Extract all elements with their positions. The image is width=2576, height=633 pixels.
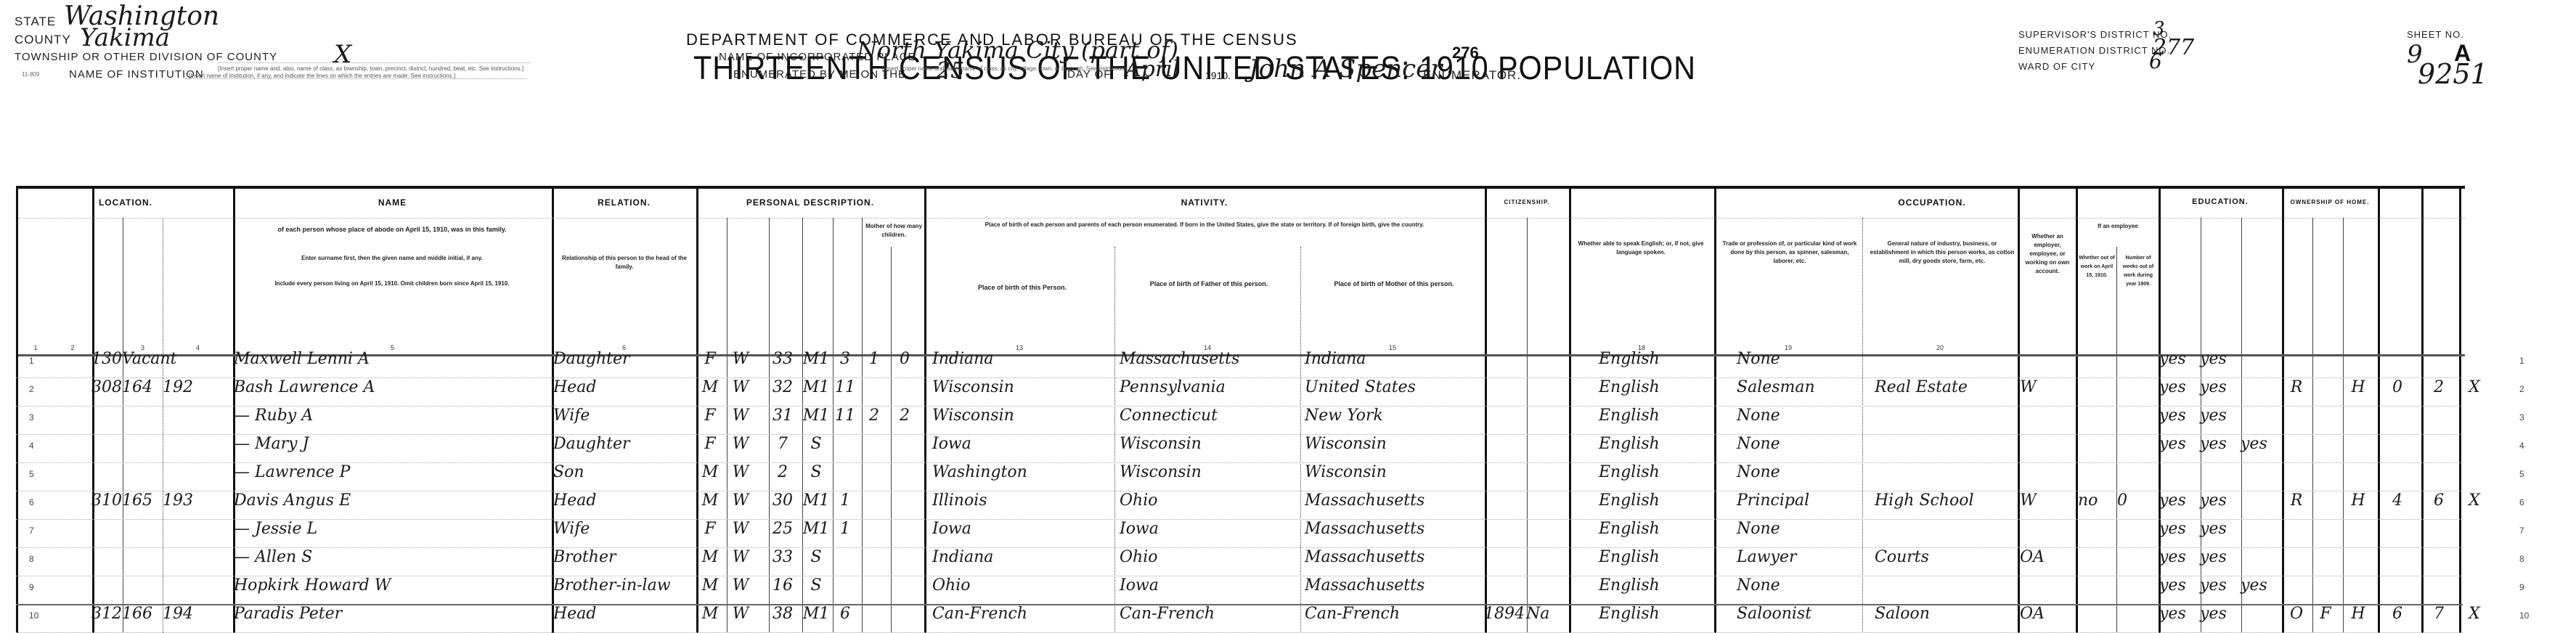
cell-trade: Salesman: [1737, 378, 1860, 396]
cell-sex: M: [697, 463, 723, 481]
cell-birth-mother: Can-French: [1305, 605, 1479, 623]
cell-write: yes: [2200, 407, 2236, 425]
cell-relation: Head: [553, 491, 691, 510]
nativity-instruction: Place of birth of each person and parent…: [932, 221, 1477, 229]
cell-age: 31: [768, 407, 797, 425]
cell-birth-mother: United States: [1305, 378, 1479, 396]
enumeration-district-label: Enumeration District No.: [2018, 45, 2170, 56]
cell-write: yes: [2200, 350, 2236, 368]
cell-years-married: 1: [832, 491, 858, 510]
cell-sex: M: [697, 378, 723, 396]
cell-farm: H: [2342, 491, 2374, 510]
cell-language: English: [1599, 605, 1708, 623]
institution-note: [Insert name of institution, if any, and…: [189, 73, 455, 79]
cell-race: W: [727, 435, 754, 453]
cell-children-living: 2: [890, 407, 919, 425]
out-of-work-label: Whether out of work on April 15, 1910.: [2077, 254, 2116, 280]
cell-owned: O: [2283, 605, 2310, 623]
cell-birth-mother: Massachusetts: [1305, 548, 1479, 566]
cell-read: yes: [2159, 548, 2196, 566]
cell-relation: Brother: [553, 548, 691, 566]
line-number: 8: [2519, 554, 2524, 564]
cell-dwelling: 164: [122, 378, 151, 396]
cell-trade: None: [1737, 350, 1860, 368]
cell-language: English: [1599, 463, 1708, 481]
cell-language: English: [1599, 520, 1708, 538]
cell-street: 312: [91, 605, 116, 623]
cell-birth-person: Indiana: [932, 350, 1106, 368]
cell-race: W: [727, 407, 754, 425]
cell-trade: Saloonist: [1737, 605, 1860, 623]
cell-age: 33: [768, 548, 797, 566]
section-personal-description: PERSONAL DESCRIPTION.: [696, 197, 924, 208]
supervisor-district-label: Supervisor's District No.: [2018, 29, 2172, 40]
cell-employer: OA: [2020, 605, 2071, 623]
cell-sex: F: [697, 435, 723, 453]
cell-name: Paradis Peter: [234, 605, 546, 623]
cell-birth-mother: Indiana: [1305, 350, 1479, 368]
cell-language: English: [1599, 435, 1708, 453]
cell-industry: Saloon: [1875, 605, 2013, 623]
cell-birth-person: Illinois: [932, 491, 1106, 510]
cell-race: W: [727, 576, 754, 595]
cell-years-married: 6: [832, 605, 858, 623]
cell-immigration: 1894: [1484, 605, 1525, 623]
cell-name: Hopkirk Howard W: [234, 576, 546, 595]
cell-write: yes: [2200, 576, 2236, 595]
cell-employer: W: [2020, 491, 2071, 510]
line-number: 7: [29, 526, 34, 536]
cell-birth-father: Can-French: [1120, 605, 1294, 623]
day-of-label: day of: [1067, 68, 1111, 81]
cell-dwelling: 166: [122, 605, 151, 623]
cell-read: yes: [2159, 407, 2196, 425]
cell-marital: M1: [802, 407, 831, 425]
cell-name: — Ruby A: [234, 407, 546, 425]
line-number: 10: [29, 610, 38, 621]
cell-sex: M: [697, 576, 723, 595]
cell-birth-father: Iowa: [1120, 520, 1294, 538]
name-instruction-3: Include every person living on April 15,…: [243, 279, 541, 288]
cell-race: W: [727, 605, 754, 623]
section-location: LOCATION.: [18, 197, 233, 208]
line-number: 1: [2519, 356, 2524, 366]
if-employee-label: If an employee: [2077, 222, 2159, 231]
cell-name: Maxwell Lenni A: [234, 350, 546, 368]
cell-years-married: 1: [832, 520, 858, 538]
cell-dwelling: 165: [122, 491, 151, 510]
cell-language: English: [1599, 491, 1708, 510]
cell-race: W: [727, 548, 754, 566]
cell-birth-mother: Massachusetts: [1305, 520, 1479, 538]
line-number: 4: [29, 441, 34, 451]
cell-birth-father: Pennsylvania: [1120, 378, 1294, 396]
cell-industry: Courts: [1875, 548, 2013, 566]
cell-blind: 2: [2422, 378, 2455, 396]
industry-label: General nature of industry, business, or…: [1870, 240, 2015, 266]
cell-birth-father: Wisconsin: [1120, 435, 1294, 453]
cell-language: English: [1599, 350, 1708, 368]
township-value: X: [334, 40, 351, 69]
state-label: State: [15, 15, 56, 29]
line-number: 2: [2519, 384, 2524, 394]
cell-age: 38: [768, 605, 797, 623]
cell-trade: None: [1737, 407, 1860, 425]
ward-value: 6: [2149, 49, 2162, 73]
cell-read: yes: [2159, 520, 2196, 538]
cell-birth-person: Iowa: [932, 520, 1106, 538]
cell-write: yes: [2200, 435, 2236, 453]
cell-race: W: [727, 463, 754, 481]
cell-read: yes: [2159, 576, 2196, 595]
cell-name: — Mary J: [234, 435, 546, 453]
sheet-label: Sheet No.: [2407, 29, 2464, 40]
cell-street: 308: [91, 378, 116, 396]
cell-children-born: 1: [861, 350, 887, 368]
township-note: [Insert proper name and, also, name of c…: [218, 65, 523, 72]
ward-label: Ward of city: [2018, 61, 2095, 72]
cell-family: 193: [163, 491, 192, 510]
cell-school: yes: [2241, 435, 2277, 453]
line-number: 2: [29, 384, 34, 394]
cell-relation: Head: [553, 605, 691, 623]
weeks-out-label: Number of weeks out of work during year …: [2118, 254, 2159, 289]
cell-write: yes: [2200, 520, 2236, 538]
cell-sex: F: [697, 520, 723, 538]
cell-marital: M1: [802, 378, 831, 396]
cell-sex: F: [697, 350, 723, 368]
cell-name: — Jessie L: [234, 520, 546, 538]
cell-industry: High School: [1875, 491, 2013, 510]
year: 1910.: [1205, 70, 1231, 81]
cell-relation: Daughter: [553, 435, 691, 453]
cell-trade: None: [1737, 435, 1860, 453]
cell-industry: Real Estate: [1875, 378, 2013, 396]
cell-children-born: 2: [861, 407, 887, 425]
line-number: 3: [2519, 412, 2524, 422]
section-relation: RELATION.: [552, 197, 696, 208]
cell-birth-mother: New York: [1305, 407, 1479, 425]
cell-trade: Lawyer: [1737, 548, 1860, 566]
cell-veteran: 0: [2379, 378, 2416, 396]
cell-birth-father: Wisconsin: [1120, 463, 1294, 481]
cell-free: F: [2312, 605, 2339, 623]
cell-owned: R: [2283, 378, 2310, 396]
cell-marital: M1: [802, 605, 831, 623]
section-ownership: OWNERSHIP OF HOME.: [2282, 199, 2378, 205]
line-number: 7: [2519, 526, 2524, 536]
cell-write: yes: [2200, 548, 2236, 566]
cell-write: yes: [2200, 491, 2236, 510]
section-occupation: OCCUPATION.: [1714, 197, 2150, 208]
cell-owned: R: [2283, 491, 2310, 510]
cell-birth-father: Massachusetts: [1120, 350, 1294, 368]
cell-language: English: [1599, 576, 1708, 595]
line-number: 5: [2519, 469, 2524, 479]
cell-age: 7: [768, 435, 797, 453]
birth-mother-label: Place of birth of Mother of this person.: [1303, 279, 1485, 288]
name-instruction-1: of each person whose place of abode on A…: [243, 225, 541, 234]
cell-trade: None: [1737, 463, 1860, 481]
cell-out-work: no: [2078, 491, 2114, 510]
county-label: County: [15, 33, 71, 47]
cell-age: 32: [768, 378, 797, 396]
cell-birth-mother: Wisconsin: [1305, 463, 1479, 481]
relation-instruction: Relationship of this person to the head …: [559, 254, 690, 271]
cell-birth-mother: Wisconsin: [1305, 435, 1479, 453]
cell-marital: M1: [802, 520, 831, 538]
cell-race: W: [727, 378, 754, 396]
cell-relation: Brother-in-law: [553, 576, 691, 595]
cell-trade: None: [1737, 520, 1860, 538]
cell-language: English: [1599, 378, 1708, 396]
cell-birth-father: Ohio: [1120, 491, 1294, 510]
cell-read: yes: [2159, 350, 2196, 368]
cell-years-married: 11: [832, 378, 858, 396]
cell-write: yes: [2200, 378, 2236, 396]
cell-race: W: [727, 520, 754, 538]
cell-birth-mother: Massachusetts: [1305, 576, 1479, 595]
cell-language: English: [1599, 548, 1708, 566]
cell-birth-mother: Massachusetts: [1305, 491, 1479, 510]
cell-read: yes: [2159, 491, 2196, 510]
page-stamp: 276: [1452, 44, 1479, 62]
line-number: 1: [29, 356, 34, 366]
cell-birth-father: Ohio: [1120, 548, 1294, 566]
cell-veteran: 6: [2379, 605, 2416, 623]
cell-relation: Son: [553, 463, 691, 481]
name-instruction-2: Enter surname first, then the given name…: [243, 254, 541, 263]
cell-years-married: 11: [832, 407, 858, 425]
birth-person-label: Place of birth of this Person.: [932, 283, 1113, 292]
line-number: 8: [29, 554, 34, 564]
cell-employer: W: [2020, 378, 2071, 396]
line-number: 9: [29, 582, 34, 592]
cell-deaf: X: [2460, 605, 2489, 623]
cell-sex: M: [697, 548, 723, 566]
cell-name: Bash Lawrence A: [234, 378, 546, 396]
cell-farm: H: [2342, 605, 2374, 623]
cell-weeks: 0: [2117, 491, 2153, 510]
cell-family: 192: [163, 378, 192, 396]
cell-birth-person: Wisconsin: [932, 407, 1106, 425]
line-number: 5: [29, 469, 34, 479]
cell-children-living: 0: [890, 350, 919, 368]
sheet-stamp: 9251: [2418, 58, 2488, 90]
line-number: 3: [29, 412, 34, 422]
cell-naturalized: Na: [1526, 605, 1567, 623]
section-education: EDUCATION.: [2159, 197, 2282, 206]
line-number: 10: [2519, 610, 2529, 621]
enumerated-day: 25: [937, 58, 964, 83]
enumerator-name: John A Spencer: [1249, 54, 1443, 83]
cell-deaf: X: [2460, 378, 2489, 396]
english-label: Whether able to speak English; or, if no…: [1572, 240, 1710, 257]
enumerated-label: Enumerated by me on the: [733, 68, 906, 81]
township-label: Township or other division of county: [15, 51, 277, 63]
cell-language: English: [1599, 407, 1708, 425]
cell-veteran: 4: [2379, 491, 2416, 510]
cell-school: yes: [2241, 576, 2277, 595]
mother-children-label: Mother of how many children.: [863, 222, 924, 240]
cell-age: 16: [768, 576, 797, 595]
cell-relation: Wife: [553, 407, 691, 425]
cell-deaf: X: [2460, 491, 2489, 510]
cell-age: 33: [768, 350, 797, 368]
cell-birth-person: Wisconsin: [932, 378, 1106, 396]
cell-name: — Lawrence P: [234, 463, 546, 481]
cell-family: 194: [163, 605, 192, 623]
enumerator-label: Enumerator.: [1423, 68, 1521, 83]
cell-read: yes: [2159, 378, 2196, 396]
cell-employer: OA: [2020, 548, 2071, 566]
form-code: 11-809: [22, 71, 39, 78]
cell-age: 25: [768, 520, 797, 538]
cell-name: Davis Angus E: [234, 491, 546, 510]
cell-blind: 6: [2422, 491, 2455, 510]
enumerated-month: April: [1125, 57, 1179, 82]
section-citizenship: CITIZENSHIP.: [1485, 199, 1569, 205]
line-number: 9: [2519, 582, 2524, 592]
cell-write: yes: [2200, 605, 2236, 623]
cell-name: — Allen S: [234, 548, 546, 566]
cell-race: W: [727, 491, 754, 510]
section-name: NAME: [233, 197, 552, 208]
cell-sex: F: [697, 407, 723, 425]
cell-age: 2: [768, 463, 797, 481]
cell-birth-person: Indiana: [932, 548, 1106, 566]
cell-marital: M1: [802, 350, 831, 368]
line-number: 4: [2519, 441, 2524, 451]
section-nativity: NATIVITY.: [924, 197, 1485, 208]
cell-relation: Head: [553, 378, 691, 396]
employer-label: Whether an employer, employee, or workin…: [2019, 232, 2076, 276]
cell-marital: S: [802, 576, 831, 595]
cell-marital: S: [802, 548, 831, 566]
line-number: 6: [2519, 497, 2524, 507]
line-number: 6: [29, 497, 34, 507]
birth-father-label: Place of birth of Father of this person.: [1118, 279, 1300, 288]
cell-marital: S: [802, 463, 831, 481]
cell-marital: M1: [802, 491, 831, 510]
cell-street: 310: [91, 491, 116, 510]
cell-read: yes: [2159, 605, 2196, 623]
cell-birth-father: Iowa: [1120, 576, 1294, 595]
trade-label: Trade or profession of, or particular ki…: [1721, 240, 1859, 266]
cell-birth-person: Can-French: [932, 605, 1106, 623]
cell-birth-person: Washington: [932, 463, 1106, 481]
institution-label: Name of institution: [69, 68, 204, 81]
cell-blind: 7: [2422, 605, 2455, 623]
cell-trade: Principal: [1737, 491, 1860, 510]
cell-age: 30: [768, 491, 797, 510]
cell-birth-father: Connecticut: [1120, 407, 1294, 425]
cell-sex: M: [697, 605, 723, 623]
cell-years-married: 3: [832, 350, 858, 368]
cell-trade: None: [1737, 576, 1860, 595]
cell-birth-person: Iowa: [932, 435, 1106, 453]
cell-sex: M: [697, 491, 723, 510]
cell-birth-person: Ohio: [932, 576, 1106, 595]
cell-farm: H: [2342, 378, 2374, 396]
cell-read: yes: [2159, 435, 2196, 453]
cell-relation: Wife: [553, 520, 691, 538]
cell-dwelling: Vacant: [122, 350, 151, 368]
cell-race: W: [727, 350, 754, 368]
cell-street: 130: [91, 350, 116, 368]
cell-relation: Daughter: [553, 350, 691, 368]
county-value: Yakima: [80, 23, 170, 52]
cell-marital: S: [802, 435, 831, 453]
